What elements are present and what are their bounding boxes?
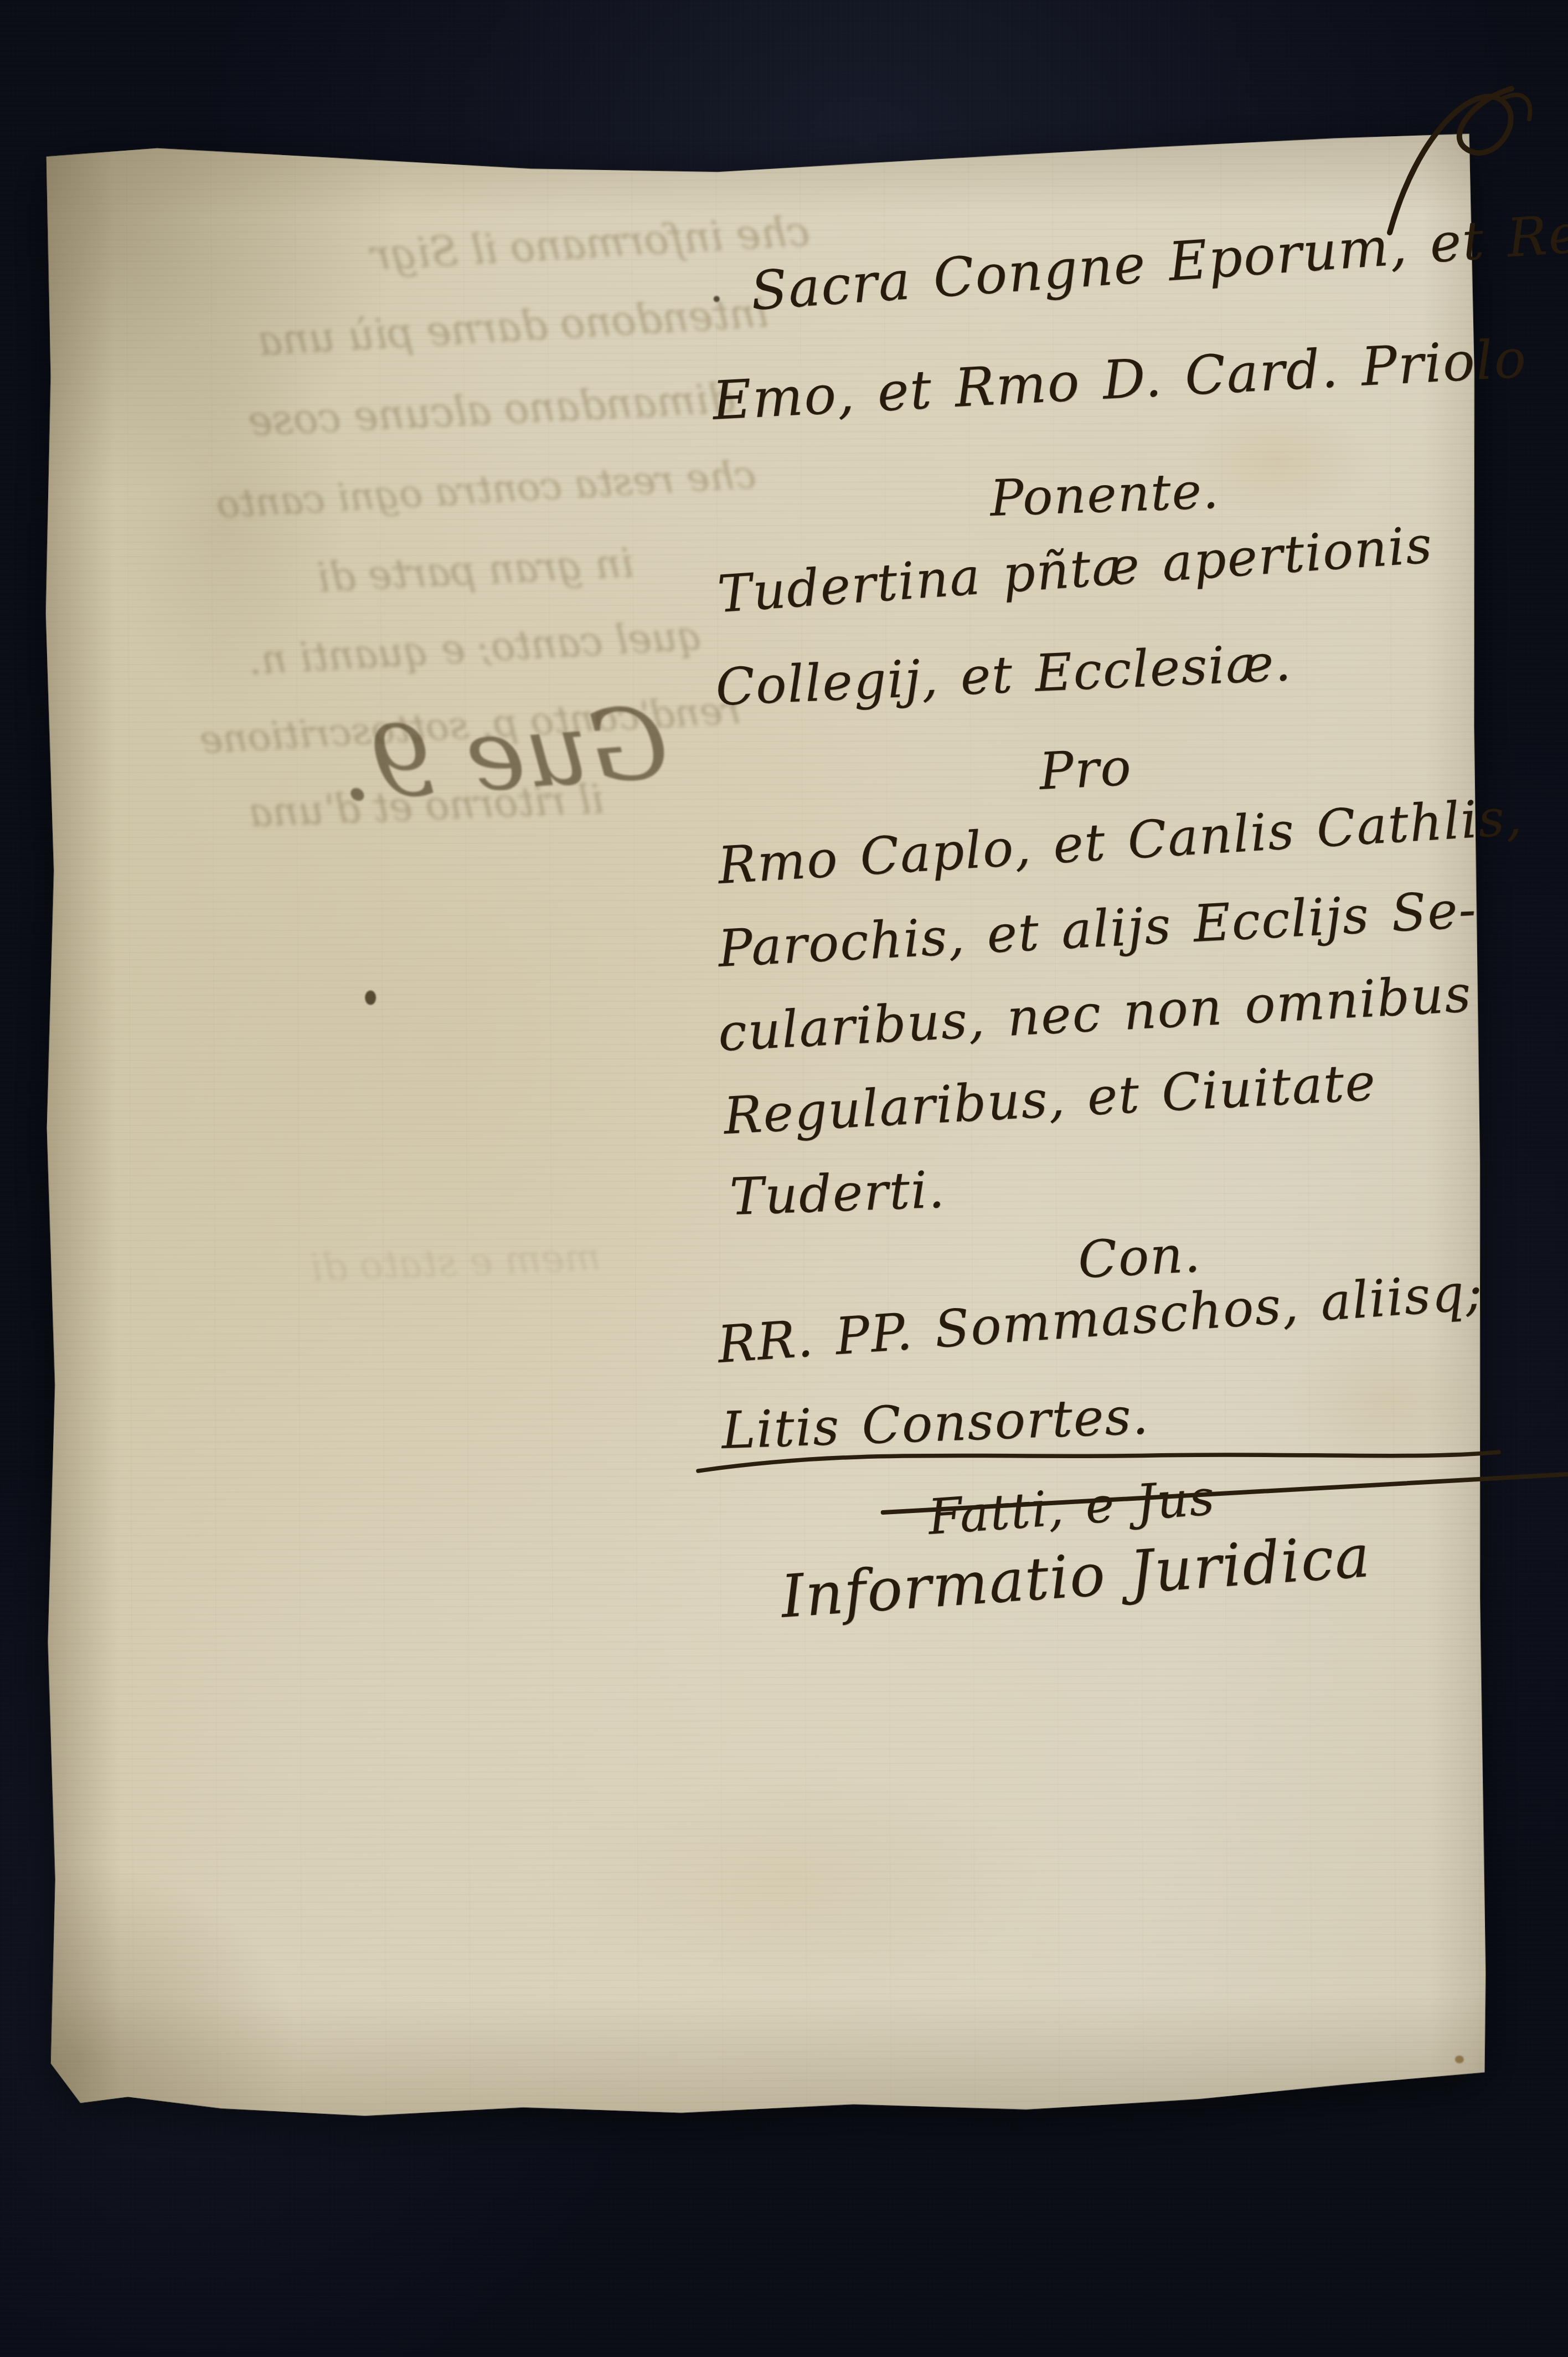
photograph-of-manuscript: che informano il Sigr intendono darne pi… (0, 0, 1568, 2357)
recto-line-3: Ponente. (989, 462, 1220, 528)
ink-speck (365, 990, 376, 1005)
paraph-flourish (1368, 66, 1545, 249)
recto-line-6: Pro (1038, 737, 1133, 801)
recto-line-11: Tuderti. (729, 1160, 946, 1227)
stain (109, 321, 343, 709)
recto-line-12: Con. (1076, 1224, 1203, 1290)
ink-speck (1455, 2056, 1464, 2063)
ink-speck (714, 296, 720, 302)
stain (546, 1774, 1045, 1987)
